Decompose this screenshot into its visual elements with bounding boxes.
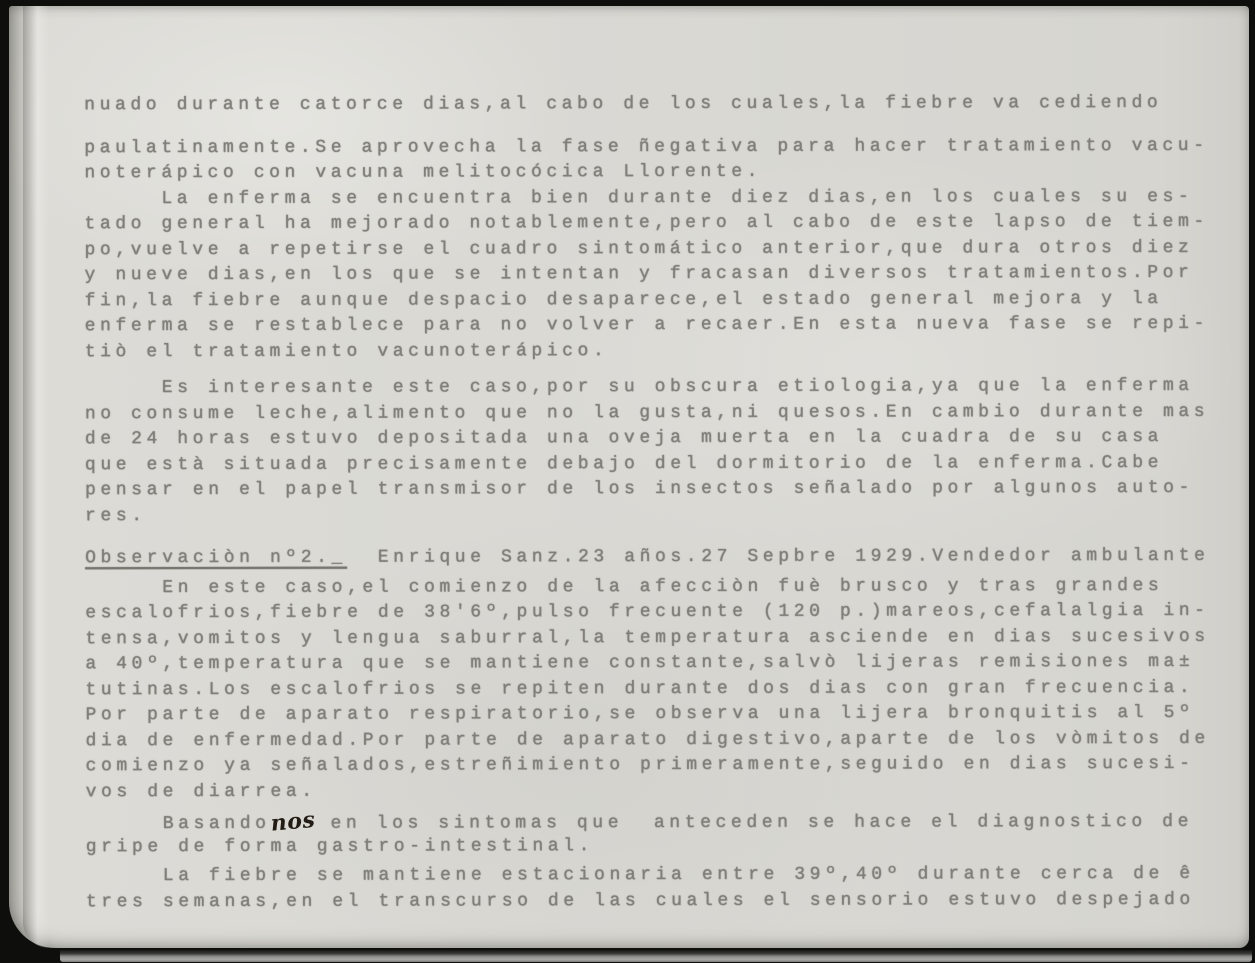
text-line: fin,la fiebre aunque despacio desaparece…	[85, 286, 1245, 314]
text-line: comienzo ya señalados,estreñimiento prim…	[86, 752, 1246, 780]
text-line: tiò el tratamiento vacunoterápico.	[85, 337, 1245, 365]
typewritten-text-block: nuado durante catorce dias,al cabo de lo…	[84, 91, 1246, 915]
typed-suffix: en los sintomas que anteceden se hace el…	[315, 812, 1193, 834]
page-binding-crease	[23, 6, 49, 948]
observation-heading-line: Observaciòn nº2._ Enrique Sanz.23 años.2…	[85, 544, 1245, 572]
text-line: tado general ha mejorado notablemente,pe…	[84, 210, 1244, 238]
typed-prefix: Basando	[86, 814, 271, 834]
text-line: noterápico con vacuna melitocócica Llore…	[84, 159, 1244, 187]
text-line: En este caso,el comienzo de la afecciòn …	[85, 573, 1245, 601]
underlying-page-edge	[60, 950, 1252, 962]
text-line: a 40º,temperatura que se mantiene consta…	[85, 650, 1245, 678]
text-line: que està situada precisamente debajo del…	[85, 450, 1245, 478]
text-line: vos de diarrea.	[86, 777, 1246, 805]
text-line: no consume leche,alimento que no la gust…	[85, 399, 1245, 427]
handwritten-insertion: nos	[270, 808, 317, 837]
text-line: nuado durante catorce dias,al cabo de lo…	[84, 91, 1244, 119]
text-line: La fiebre se mantiene estacionaria entre…	[86, 862, 1246, 890]
text-line: y nueve dias,en los que se intentan y fr…	[84, 261, 1244, 289]
text-line: La enferma se encuentra bien durante die…	[84, 184, 1244, 212]
text-line: tres semanas,en el transcurso de las cua…	[86, 887, 1246, 915]
text-line: Es interesante este caso,por su obscura …	[85, 374, 1245, 402]
text-line: escalofrios,fiebre de 38'6º,pulso frecue…	[85, 599, 1245, 627]
text-line: Por parte de aparato respiratorio,se obs…	[85, 701, 1245, 729]
text-line: tensa,vomitos y lengua saburral,la tempe…	[85, 624, 1245, 652]
text-line: tutinas.Los escalofrios se repiten duran…	[85, 675, 1245, 703]
text-line: dia de enfermedad.Por parte de aparato d…	[85, 726, 1245, 754]
scanned-page: nuado durante catorce dias,al cabo de lo…	[9, 6, 1249, 948]
observation-heading-patient: Enrique Sanz.23 años.27 Sepbre 1929.Vend…	[347, 546, 1210, 568]
text-line: gripe de forma gastro-intestinal.	[86, 832, 1246, 860]
text-line: enferma se restablece para no volver a r…	[85, 312, 1245, 340]
text-line: paulatinamente.Se aprovecha la fase ñega…	[84, 133, 1244, 161]
text-line: de 24 horas estuvo depositada una oveja …	[85, 425, 1245, 453]
text-line: pensar en el papel transmisor de los ins…	[85, 476, 1245, 504]
observation-heading-title: Observaciòn nº2._	[85, 548, 347, 569]
text-line: po,vuelve a repetirse el cuadro sintomát…	[84, 235, 1244, 263]
text-line-with-handwritten-correction: Basandonos en los sintomas que anteceden…	[86, 807, 1246, 835]
text-line: res.	[85, 501, 1245, 529]
